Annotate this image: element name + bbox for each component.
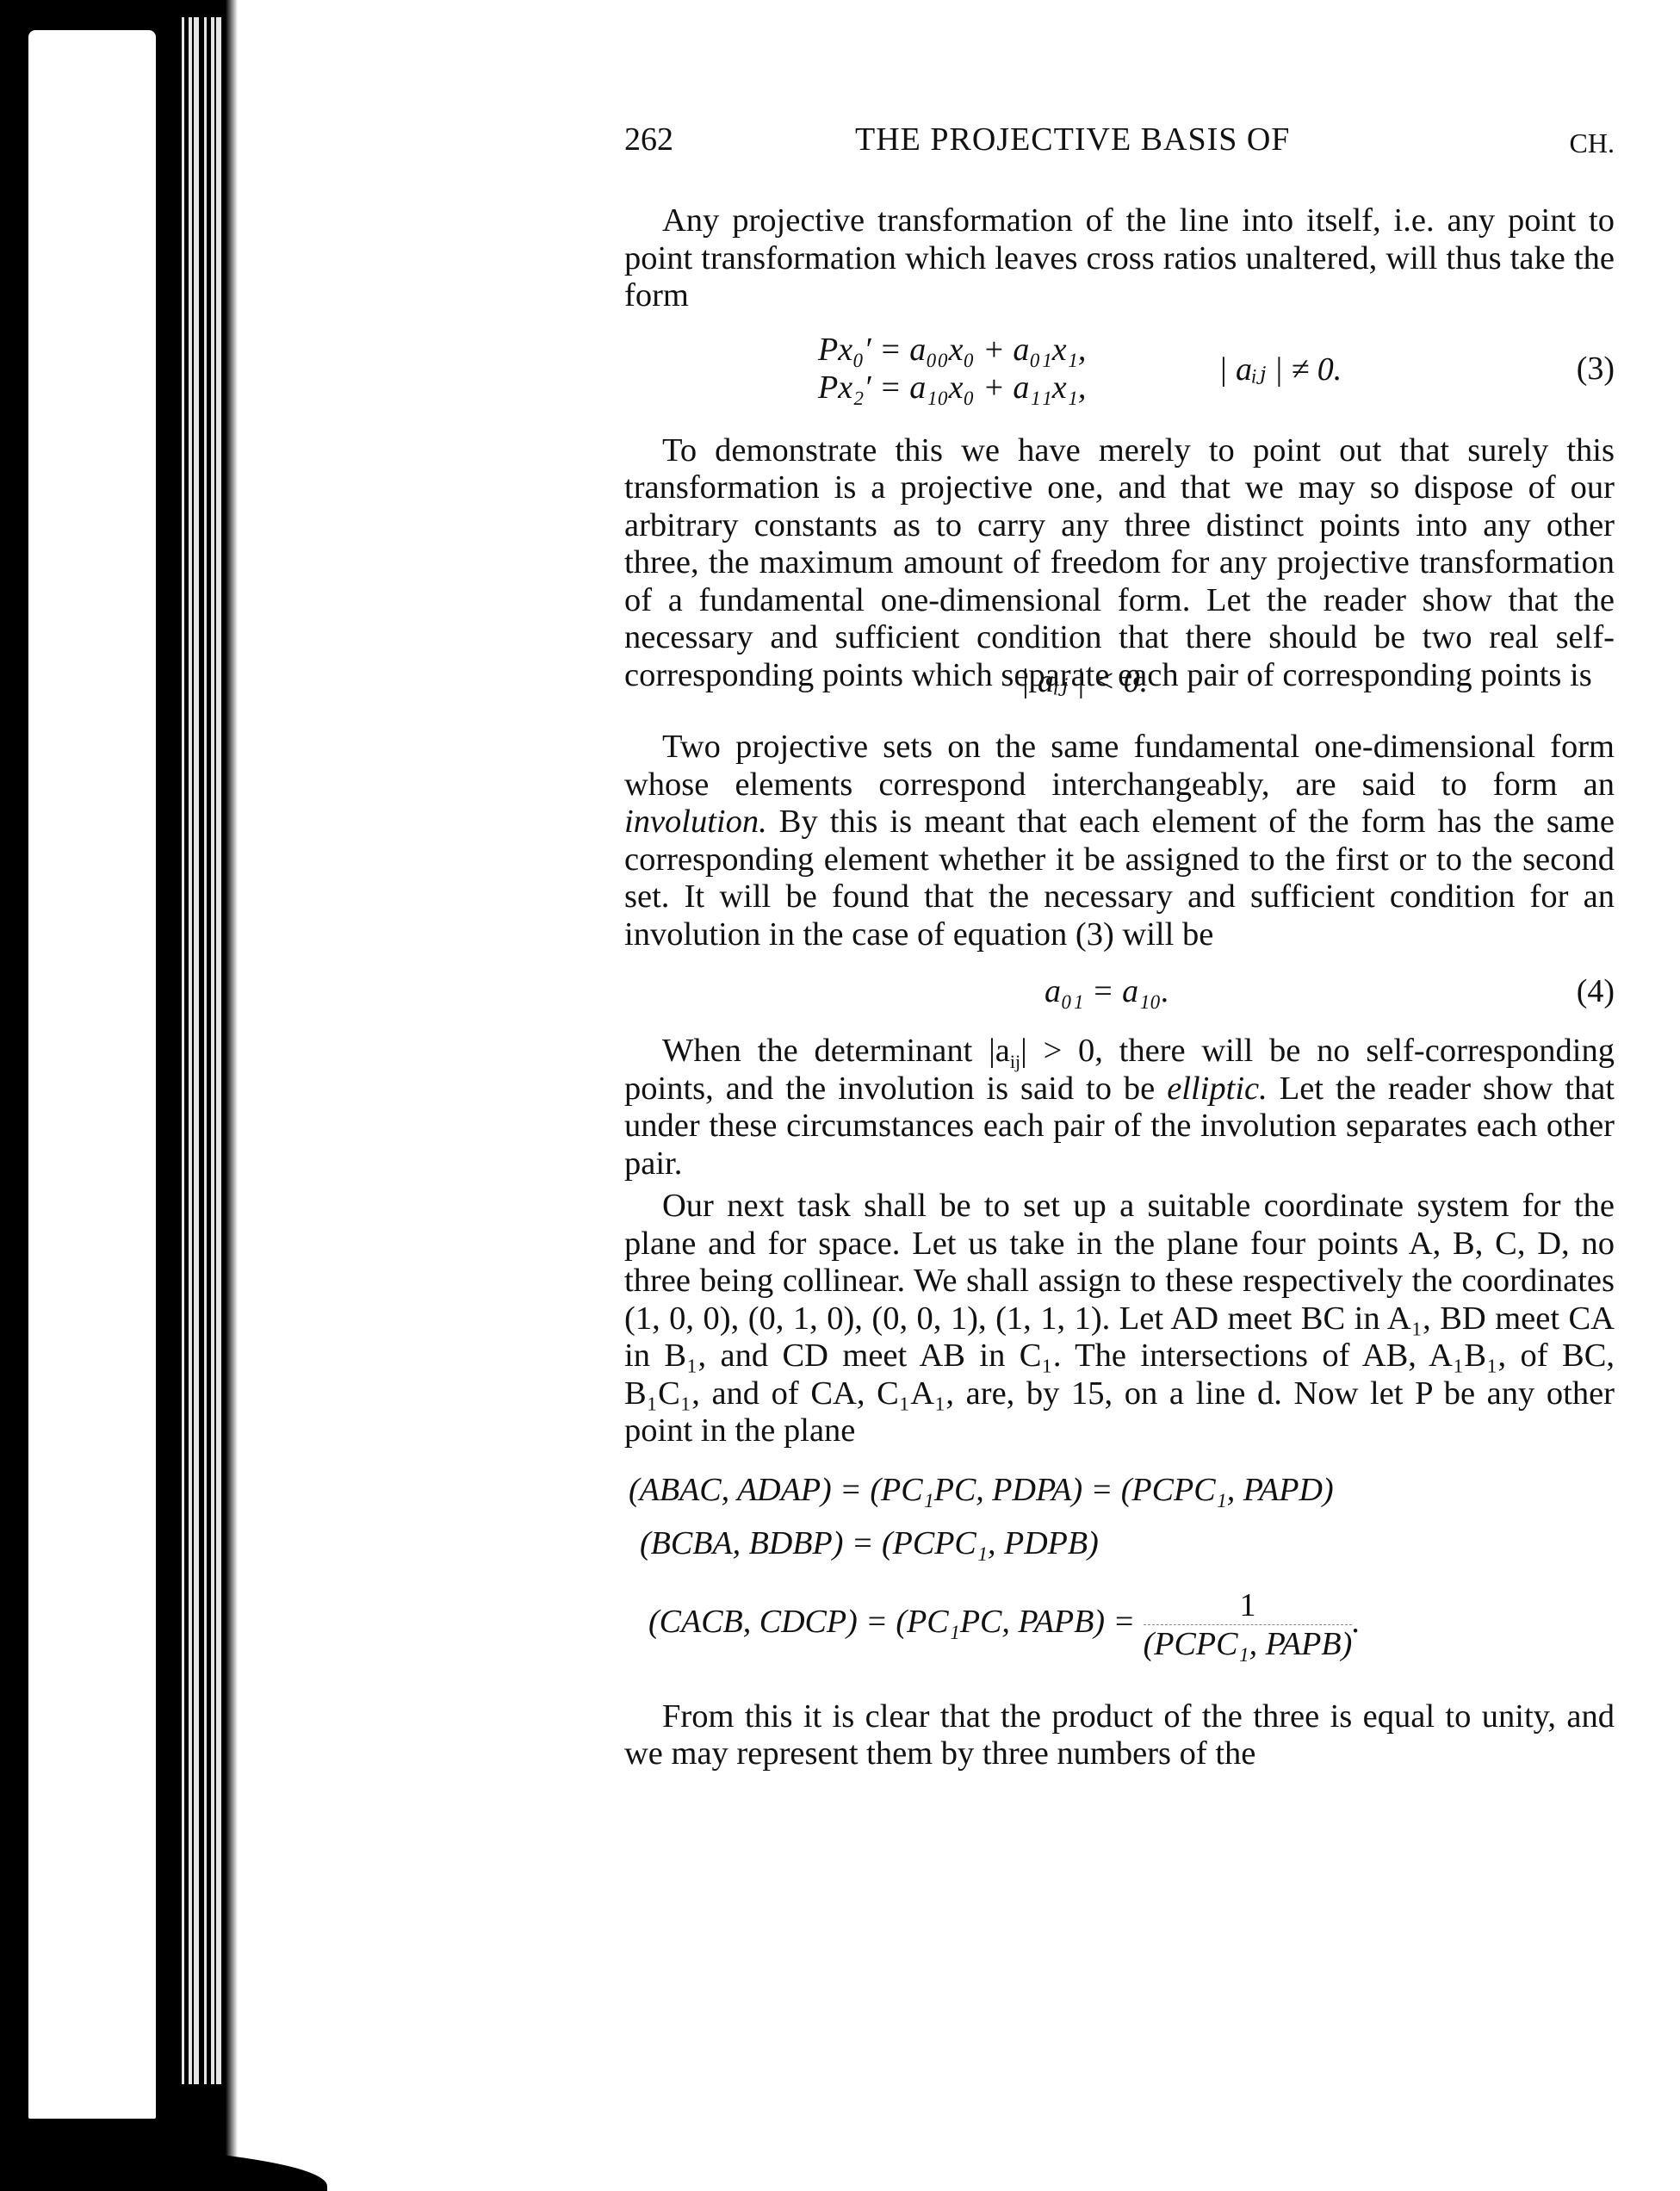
equation-3-condition: | aᵢⱼ | ≠ 0. bbox=[1218, 350, 1342, 388]
term-elliptic: elliptic. bbox=[1167, 1071, 1268, 1107]
cross-ratio-3: (CACB, CDCP) = (PC₁PC, PAPB) = 1 (PCPC₁,… bbox=[648, 1586, 1361, 1663]
p3-text-a: Two projective sets on the same fundamen… bbox=[624, 729, 1615, 803]
equation-4-label: (4) bbox=[1577, 972, 1615, 1010]
p4-subscript: ij bbox=[1010, 1051, 1020, 1072]
p3-text-b: By this is meant that each element of th… bbox=[624, 804, 1615, 953]
equation-4-expr: a₀₁ = a₁₀. bbox=[1045, 972, 1169, 1010]
chapter-abbrev: CH. bbox=[1570, 127, 1615, 159]
fraction-denominator: (PCPC₁, PAPB) bbox=[1144, 1625, 1353, 1663]
running-title: THE PROJECTIVE BASIS OF bbox=[855, 121, 1290, 158]
inequality-expr: | aᵢⱼ | < 0. bbox=[1020, 661, 1148, 700]
equation-3-line-2: Px₂′ = a₁₀x₀ + a₁₁x₁, bbox=[818, 369, 1086, 407]
cross-ratio-3-lhs: (CACB, CDCP) = (PC₁PC, PAPB) = bbox=[648, 1604, 1135, 1640]
paragraph-5: Our next task shall be to set up a suita… bbox=[624, 1188, 1615, 1450]
paragraph-4: When the determinant |aij| > 0, there wi… bbox=[624, 1033, 1615, 1182]
paragraph-6: From this it is clear that the product o… bbox=[624, 1698, 1615, 1773]
cross-ratio-2: (BCBA, BDBP) = (PCPC₁, PDPB) bbox=[640, 1524, 1099, 1562]
page-number: 262 bbox=[624, 121, 673, 158]
cross-ratio-1: (ABAC, ADAP) = (PC₁PC, PDPA) = (PCPC₁, P… bbox=[629, 1471, 1334, 1509]
paragraph-1: Any projective transformation of the lin… bbox=[624, 202, 1615, 315]
page-edge-card bbox=[28, 30, 156, 2119]
term-involution: involution. bbox=[624, 804, 767, 840]
period: . bbox=[1352, 1604, 1361, 1640]
gutter-fade bbox=[226, 0, 238, 2191]
equation-4: a₀₁ = a₁₀. (4) bbox=[624, 967, 1615, 1021]
equation-3-label: (3) bbox=[1577, 350, 1615, 388]
page-curl-shadow bbox=[0, 2144, 327, 2191]
equation-3-line-1: Px₀′ = a₀₀x₀ + a₀₁x₁, bbox=[818, 331, 1086, 369]
fraction-numerator: 1 bbox=[1144, 1586, 1353, 1625]
fraction: 1 (PCPC₁, PAPB) bbox=[1144, 1586, 1353, 1663]
paragraph-3: Two projective sets on the same fundamen… bbox=[624, 729, 1615, 953]
book-page: 262 THE PROJECTIVE BASIS OF CH. Any proj… bbox=[624, 121, 1615, 1773]
paragraph-2: To demonstrate this we have merely to po… bbox=[624, 432, 1615, 695]
equation-3: Px₀′ = a₀₀x₀ + a₀₁x₁, Px₂′ = a₁₀x₀ + a₁₁… bbox=[624, 331, 1615, 417]
running-header: 262 THE PROJECTIVE BASIS OF CH. bbox=[624, 121, 1615, 164]
p4-text-a: When the determinant |a bbox=[662, 1033, 1010, 1069]
cross-ratio-equations: (ABAC, ADAP) = (PC₁PC, PDPA) = (PCPC₁, P… bbox=[624, 1471, 1615, 1678]
